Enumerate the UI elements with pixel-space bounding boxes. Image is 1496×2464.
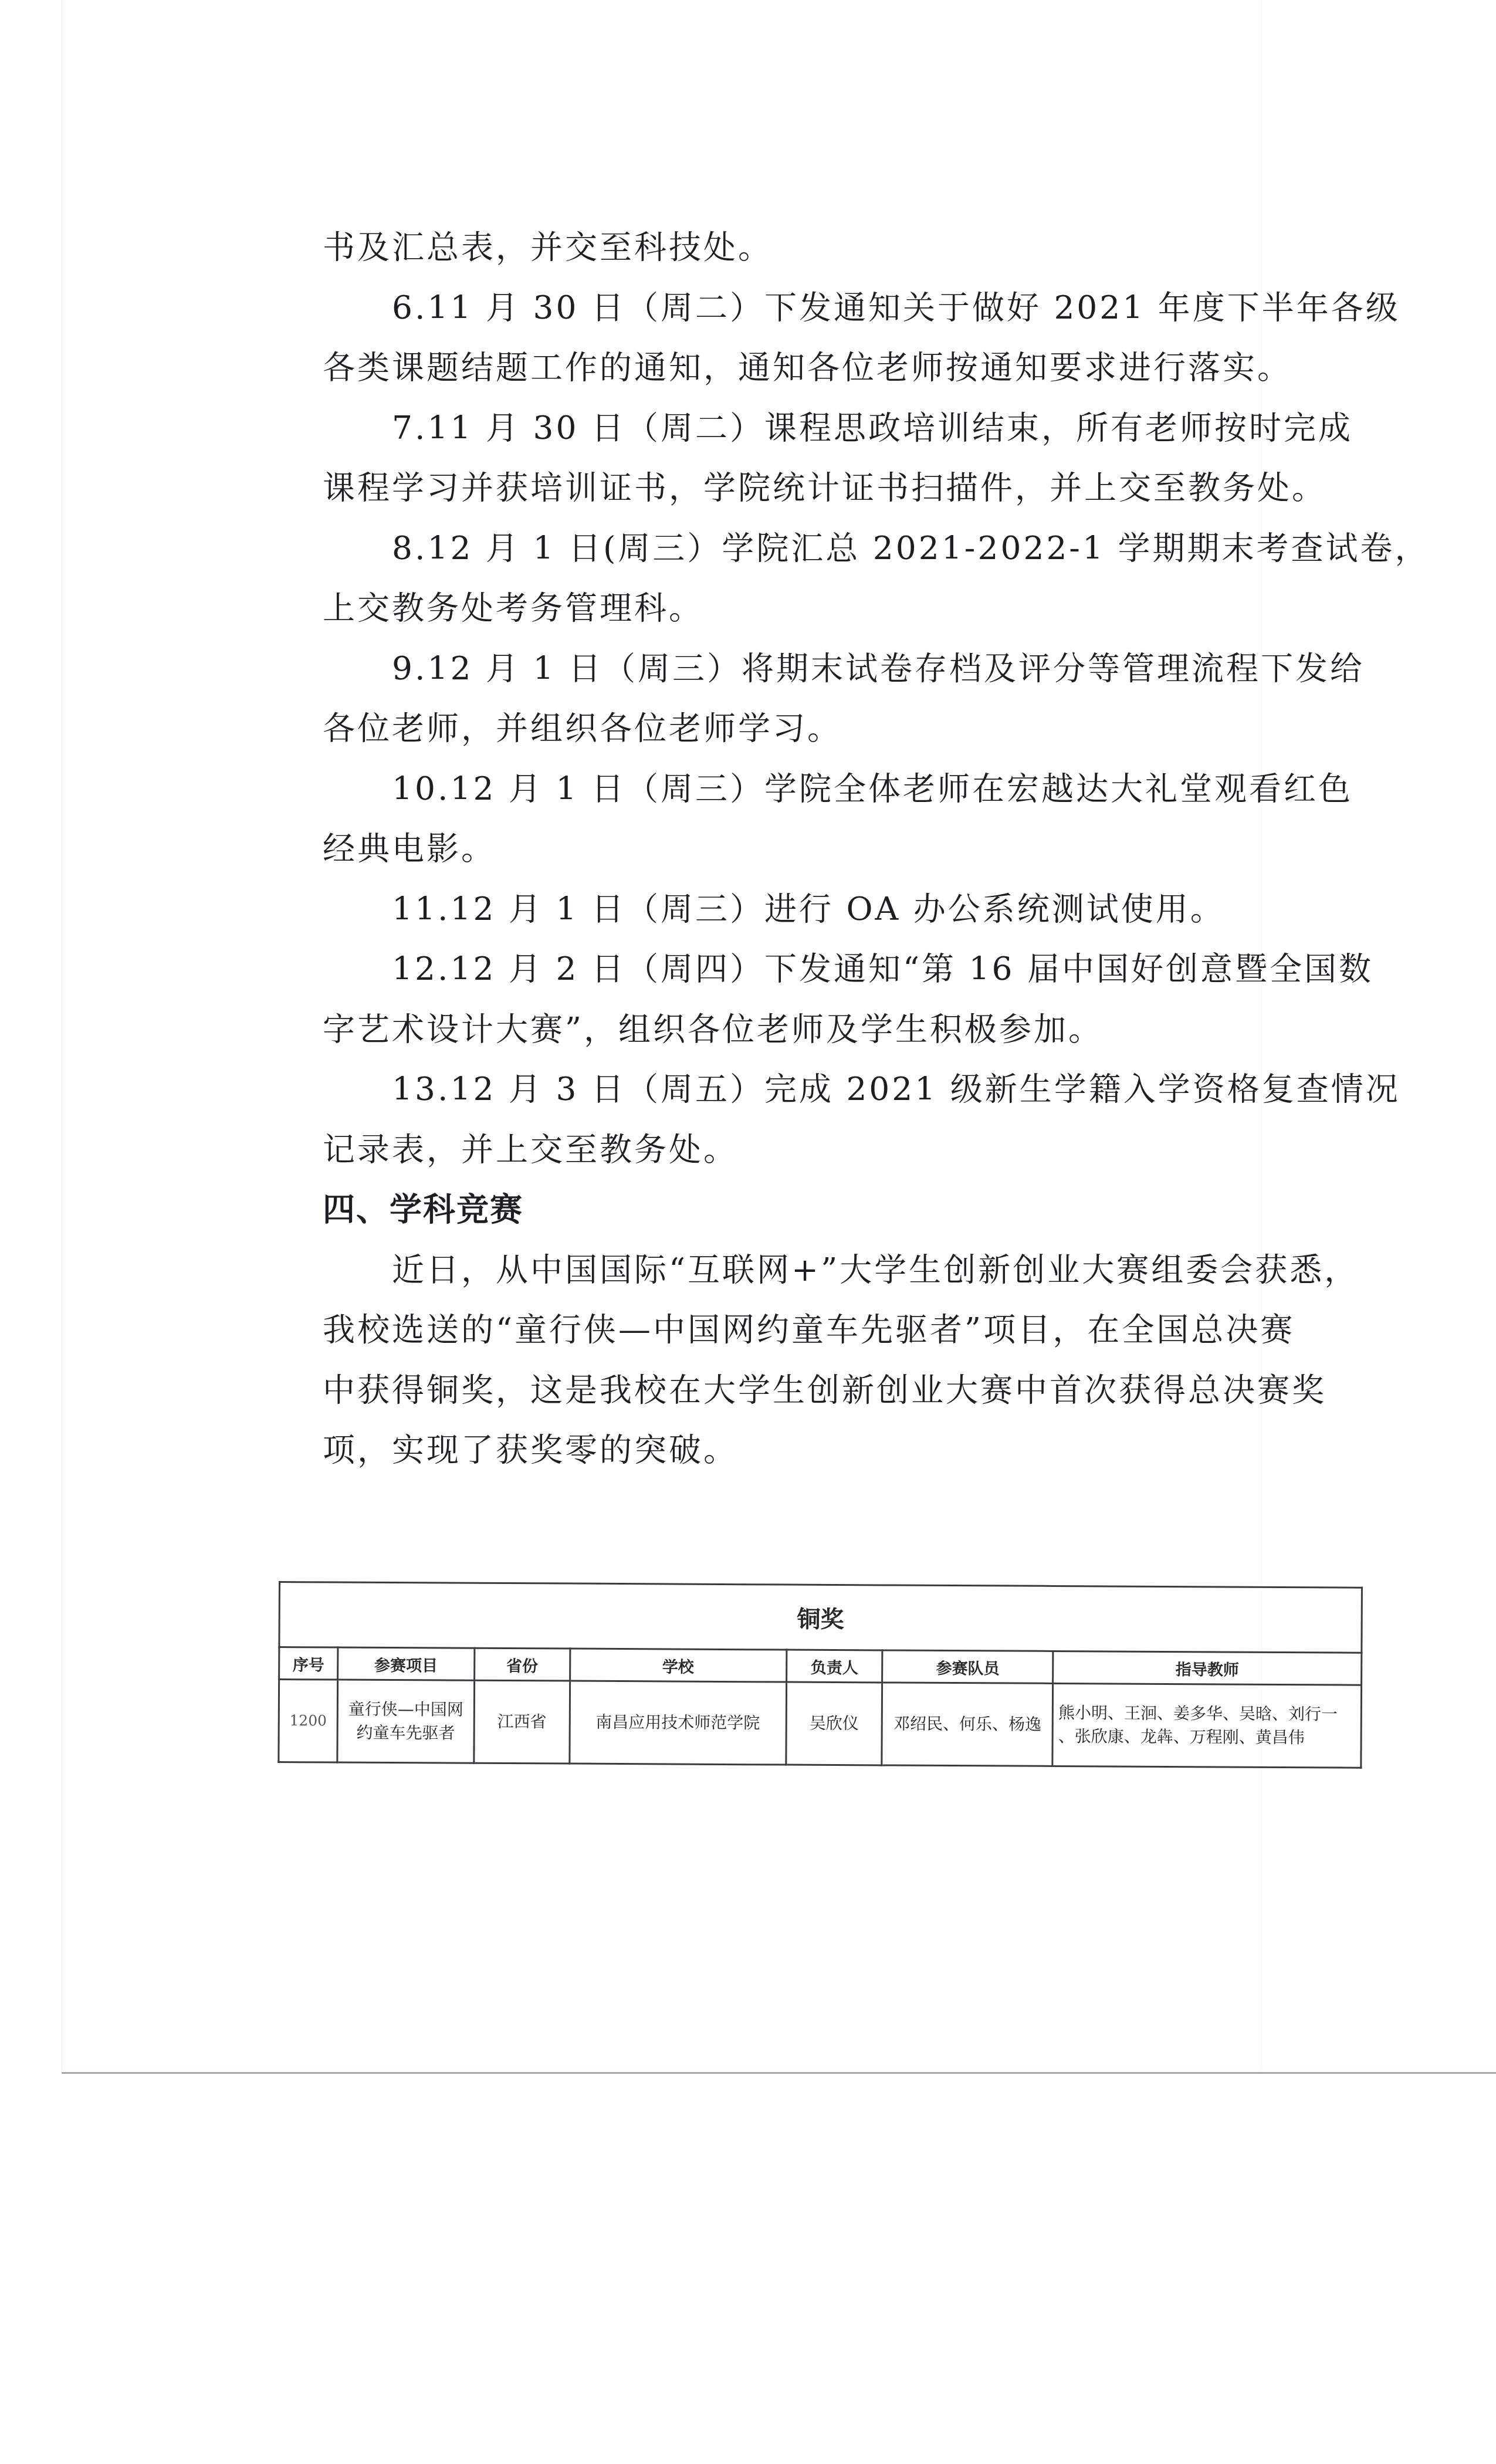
item-9-line: 9.12 月 1 日（周三）将期末试卷存档及评分等管理流程下发给 [323, 647, 1343, 708]
cell-leader: 吴欣仪 [786, 1682, 882, 1765]
header-members: 参赛队员 [882, 1650, 1053, 1684]
bronze-award-table: 铜奖 序号 参赛项目 省份 学校 负责人 参赛队员 指导教师 1200 童行侠—… [277, 1581, 1363, 1769]
cell-mentors: 熊小明、王洄、姜多华、吴晗、刘行一 、张欣康、龙犇、万程刚、黄昌伟 [1052, 1683, 1361, 1768]
item-8-line: 8.12 月 1 日(周三）学院汇总 2021-2022-1 学期期末考查试卷， [323, 527, 1343, 587]
competition-paragraph-line: 近日，从中国国际“互联网+”大学生创新创业大赛组委会获悉， [323, 1248, 1343, 1309]
scan-page-edge-left [62, 0, 62, 2073]
item-13-line: 13.12 月 3 日（周五）完成 2021 级新生学籍入学资格复查情况 [323, 1068, 1343, 1128]
item-6-line: 6.11 月 30 日（周二）下发通知关于做好 2021 年度下半年各级 [323, 286, 1343, 347]
competition-paragraph-line: 中获得铜奖，这是我校在大学生创新创业大赛中首次获得总决赛奖 [323, 1369, 1343, 1429]
document-body: 书及汇总表，并交至科技处。 6.11 月 30 日（周二）下发通知关于做好 20… [323, 226, 1343, 1489]
table-row: 1200 童行侠—中国网 约童车先驱者 江西省 南昌应用技术师范学院 吴欣仪 邓… [279, 1680, 1362, 1768]
item-12-line: 字艺术设计大赛”，组织各位老师及学生积极参加。 [323, 1008, 1343, 1068]
item-9-line: 各位老师，并组织各位老师学习。 [323, 707, 1343, 767]
competition-paragraph-line: 我校选送的“童行侠—中国网约童车先驱者”项目，在全国总决赛 [323, 1308, 1343, 1369]
header-serial: 序号 [279, 1647, 338, 1680]
cell-mentors-line: 、张欣康、龙犇、万程刚、黄昌伟 [1058, 1725, 1358, 1750]
cell-serial: 1200 [279, 1680, 338, 1763]
header-province: 省份 [474, 1648, 570, 1681]
scan-page-edge-bottom [62, 2072, 1496, 2074]
item-12-line: 12.12 月 2 日（周四）下发通知“第 16 届中国好创意暨全国数 [323, 947, 1343, 1008]
cell-school: 南昌应用技术师范学院 [570, 1681, 786, 1765]
item-7-line: 7.11 月 30 日（周二）课程思政培训结束，所有老师按时完成 [323, 407, 1343, 467]
cell-project: 童行侠—中国网 约童车先驱者 [337, 1680, 475, 1763]
competition-paragraph-line: 项，实现了获奖零的突破。 [323, 1429, 1343, 1489]
header-school: 学校 [570, 1649, 786, 1682]
paragraph-line: 书及汇总表，并交至科技处。 [323, 226, 1343, 286]
item-10-line: 10.12 月 1 日（周三）学院全体老师在宏越达大礼堂观看红色 [323, 767, 1343, 828]
item-13-line: 记录表，并上交至教务处。 [323, 1128, 1343, 1189]
header-mentors: 指导教师 [1053, 1651, 1362, 1685]
header-leader: 负责人 [786, 1650, 882, 1683]
table-title: 铜奖 [279, 1582, 1362, 1653]
section-heading: 四、学科竞赛 [323, 1188, 1343, 1248]
table-header-row: 序号 参赛项目 省份 学校 负责人 参赛队员 指导教师 [279, 1647, 1362, 1685]
item-6-line: 各类课题结题工作的通知，通知各位老师按通知要求进行落实。 [323, 346, 1343, 407]
cell-province: 江西省 [474, 1680, 570, 1764]
item-10-line: 经典电影。 [323, 827, 1343, 888]
cell-members: 邓绍民、何乐、杨逸 [882, 1683, 1053, 1766]
cell-mentors-line: 熊小明、王洄、姜多华、吴晗、刘行一 [1058, 1701, 1358, 1727]
item-7-line: 课程学习并获培训证书，学院统计证书扫描件，并上交至教务处。 [323, 466, 1343, 527]
item-11-line: 11.12 月 1 日（周三）进行 OA 办公系统测试使用。 [323, 888, 1343, 948]
item-8-line: 上交教务处考务管理科。 [323, 587, 1343, 647]
cell-project-line: 童行侠—中国网 [341, 1698, 471, 1722]
cell-project-line: 约童车先驱者 [341, 1721, 471, 1745]
header-project: 参赛项目 [338, 1647, 475, 1680]
